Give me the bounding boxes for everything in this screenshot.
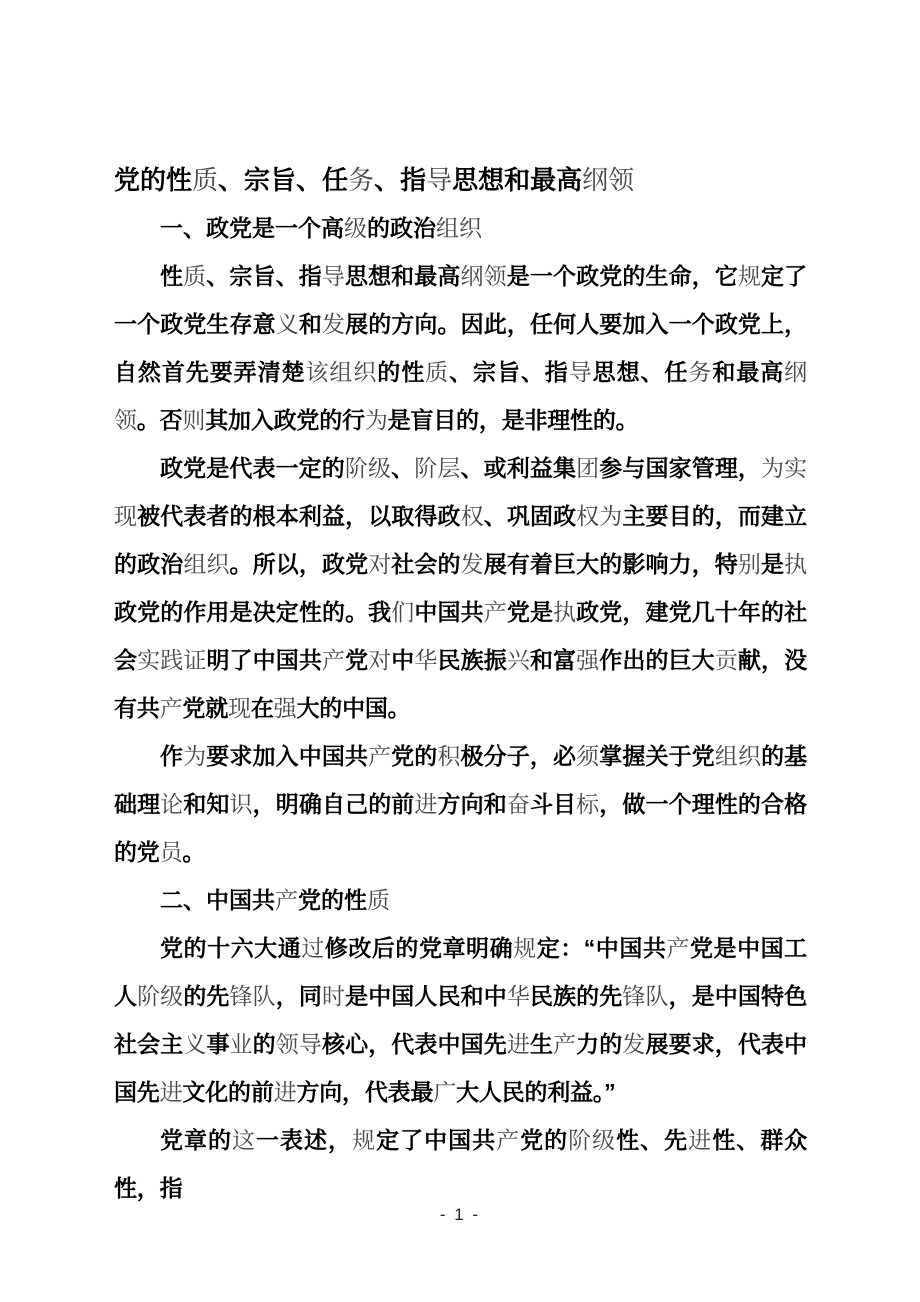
paragraph: 政党是代表一定的阶级、阶层、或利益集团参与国家管理，为实现被代表者的根本利益，以…: [114, 444, 807, 732]
paragraph: 性质、宗旨、指导思想和最高纲领是一个政党的生命，它规定了一个政党生存意义和发展的…: [114, 252, 807, 444]
paragraph: 作为要求加入中国共产党的积极分子，必须掌握关于党组织的基础理论和知识，明确自己的…: [114, 732, 807, 876]
document-body: 党的性质、宗旨、任务、指导思想和最高纲领 一、政党是一个高级的政治组织 性质、宗…: [114, 156, 807, 1212]
paragraph: 党章的这一表述，规定了中国共产党的阶级性、先进性、群众性，指: [114, 1116, 807, 1212]
document-page: 党的性质、宗旨、任务、指导思想和最高纲领 一、政党是一个高级的政治组织 性质、宗…: [0, 0, 920, 1302]
paragraph: 党的十六大通过修改后的党章明确规定：“中国共产党是中国工人阶级的先锋队，同时是中…: [114, 924, 807, 1116]
section-heading-2: 二、中国共产党的性质: [114, 876, 807, 924]
page-number: - 1 -: [0, 1202, 920, 1228]
section-heading-1: 一、政党是一个高级的政治组织: [114, 204, 807, 252]
document-title: 党的性质、宗旨、任务、指导思想和最高纲领: [114, 156, 807, 204]
